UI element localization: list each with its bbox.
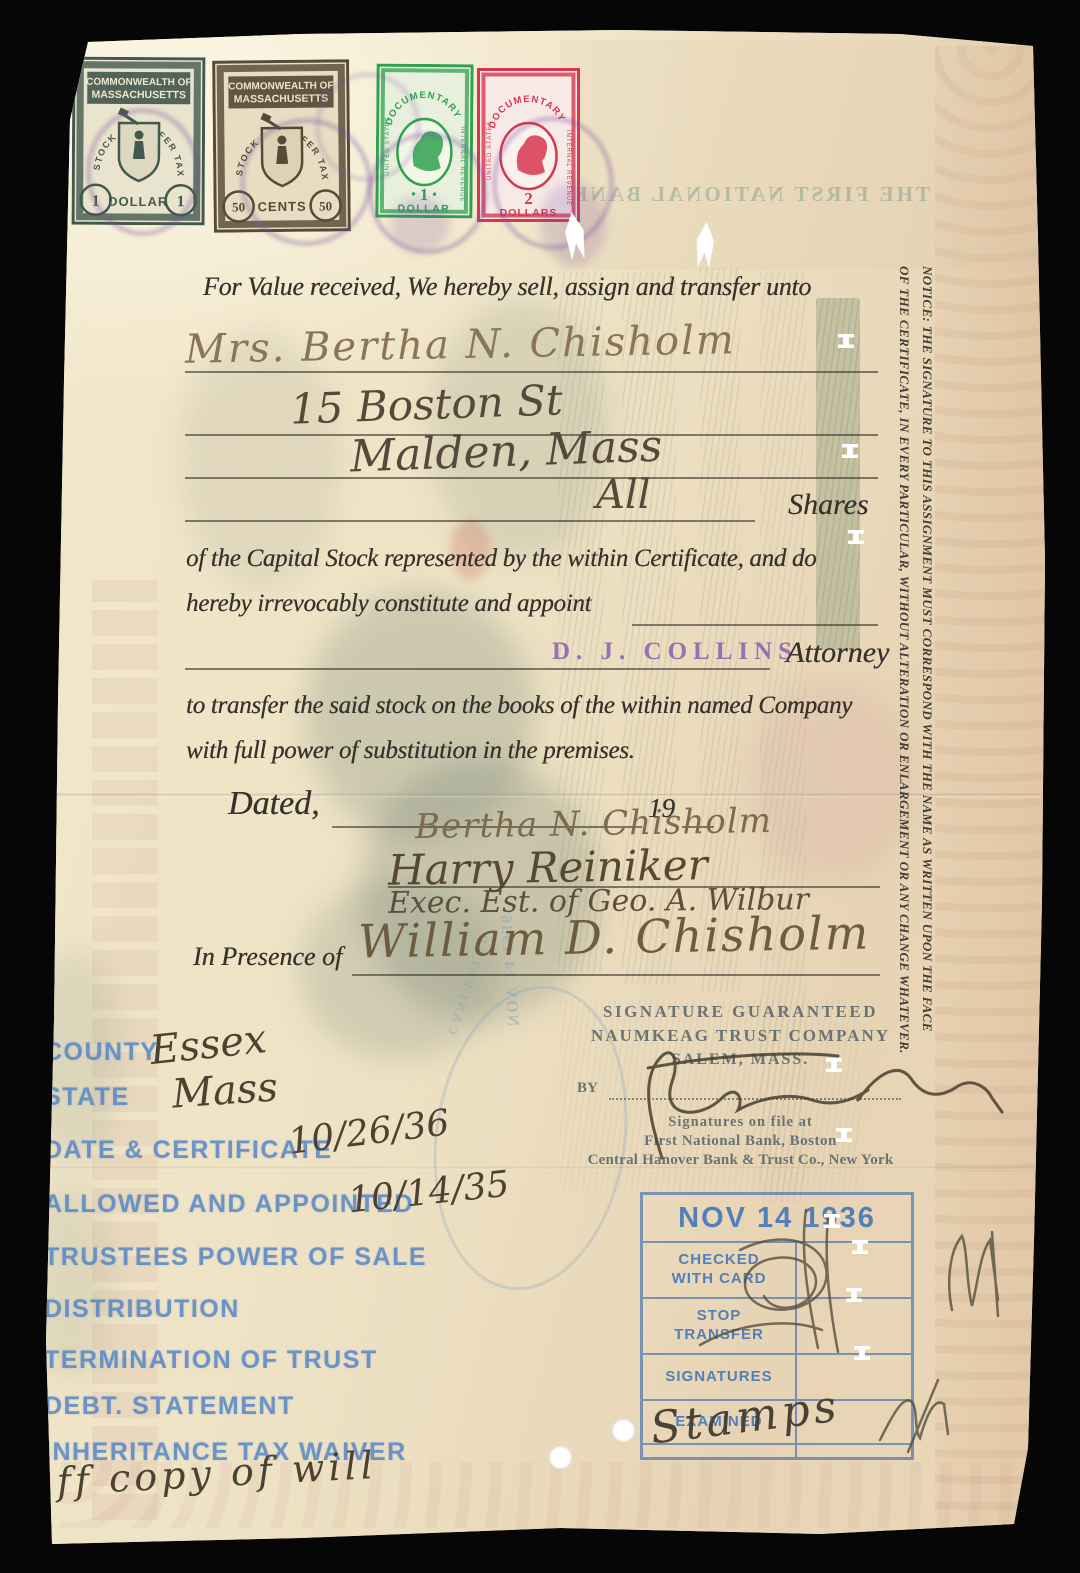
cancel-mark-1 <box>86 108 200 236</box>
guarantee-by-dotted-line <box>609 1080 901 1100</box>
assignment-body-line-2: of the Capital Stock represented by the … <box>186 545 816 573</box>
stamp-ma50-line2: MASSACHUSETTS <box>234 93 329 106</box>
stamp-ma1-line1: COMMONWEALTH OF <box>86 77 191 89</box>
margin-notice: NOTICE: THE SIGNATURE TO THIS ASSIGNMENT… <box>893 266 939 1044</box>
top-right-tint <box>560 40 1040 270</box>
row-label-line: CHECKED <box>678 1251 759 1270</box>
assignment-body-line-5: with full power of substitution in the p… <box>186 737 635 765</box>
guarantee-line-2: NAUMKEAG TRUST COMPANY <box>563 1026 918 1046</box>
stamp-ma50-line1: COMMONWEALTH OF <box>228 80 333 92</box>
dated-label: Dated, <box>228 785 320 823</box>
guarantee-on-file-1: Signatures on file at <box>563 1114 918 1131</box>
row-label-line: WITH CARD <box>672 1270 767 1289</box>
probate-state-value: Mass <box>171 1064 280 1117</box>
cancel-smudge-2 <box>390 196 450 252</box>
assignment-body-line-3: hereby irrevocably constitute and appoin… <box>186 590 591 618</box>
witness-line <box>352 974 880 976</box>
probate-label-termination: TERMINATION OF TRUST <box>44 1346 378 1375</box>
assignment-body-line-4: to transfer the said stock on the books … <box>186 692 852 720</box>
guarantee-by-label: BY <box>577 1080 598 1097</box>
transfer-row-checked-with-card: CHECKED WITH CARD <box>643 1243 795 1297</box>
guarantee-on-file-2: First National Bank, Boston <box>563 1133 918 1150</box>
stamp-ma1-line2: MASSACHUSETTS <box>91 89 186 101</box>
punch-hole-1 <box>549 1446 572 1469</box>
transfer-stamp-date: NOV 14 1936 <box>643 1195 911 1243</box>
probate-label-state: STATE <box>44 1083 130 1112</box>
attorney-name-stamp: D. J. COLLINS <box>552 638 798 666</box>
punch-hole-2 <box>612 1419 635 1442</box>
shares-quantity-handwriting: All <box>596 472 650 518</box>
recipient-name-handwriting: Mrs. Bertha N. Chisholm <box>185 317 736 373</box>
signature-bertha: Bertha N. Chisholm <box>415 801 773 847</box>
attorney-label: Attorney <box>786 636 889 670</box>
guarantee-line-3: SALEM, MASS. <box>563 1051 918 1069</box>
assignment-opening-line: For Value received, We hereby sell, assi… <box>203 272 811 302</box>
fold-crease-1 <box>40 793 1040 798</box>
transfer-row-value-cell <box>795 1299 911 1353</box>
probate-label-debt-statement: DEBT. STATEMENT <box>44 1392 295 1421</box>
witness-label: In Presence of <box>193 942 342 972</box>
guarantee-line-1: SIGNATURE GUARANTEED <box>563 1002 918 1022</box>
probate-label-county: COUNTY <box>44 1038 159 1067</box>
transfer-row-stop-transfer: STOP TRANSFER <box>643 1299 795 1353</box>
row-label-line: STOP <box>697 1307 742 1326</box>
signature-guarantee-block: SIGNATURE GUARANTEED NAUMKEAG TRUST COMP… <box>563 1002 918 1177</box>
margin-notice-line-1: NOTICE: THE SIGNATURE TO THIS ASSIGNMENT… <box>916 266 939 1044</box>
row-label-line: TRANSFER <box>674 1326 764 1345</box>
shares-label: Shares <box>788 488 869 522</box>
margin-notice-line-2: OF THE CERTIFICATE, IN EVERY PARTICULAR,… <box>893 266 916 1044</box>
probate-label-trustees-power: TRUSTEES POWER OF SALE <box>44 1243 427 1272</box>
appoint-line <box>632 624 878 626</box>
signature-witness: William D. Chisholm <box>358 906 871 969</box>
guarantee-on-file-3: Central Hanover Bank & Trust Co., New Yo… <box>563 1152 918 1169</box>
writing-line-3 <box>185 477 878 479</box>
writing-line-4 <box>185 520 755 522</box>
scanned-stock-transfer-document: THE FIRST NATIONAL BANK NOV 14 1936 CANC… <box>0 0 1080 1573</box>
document-paper: THE FIRST NATIONAL BANK NOV 14 1936 CANC… <box>0 0 1080 1573</box>
row-label-line: SIGNATURES <box>665 1368 772 1387</box>
probate-label-distribution: DISTRIBUTION <box>44 1295 240 1324</box>
writing-line-1 <box>185 371 878 373</box>
bleed-bank-text: THE FIRST NATIONAL BANK <box>590 182 930 207</box>
probate-date-certificate-value: 10/26/36 <box>286 1102 451 1162</box>
bleed-green-stripe <box>816 298 860 650</box>
attorney-line <box>185 668 770 670</box>
